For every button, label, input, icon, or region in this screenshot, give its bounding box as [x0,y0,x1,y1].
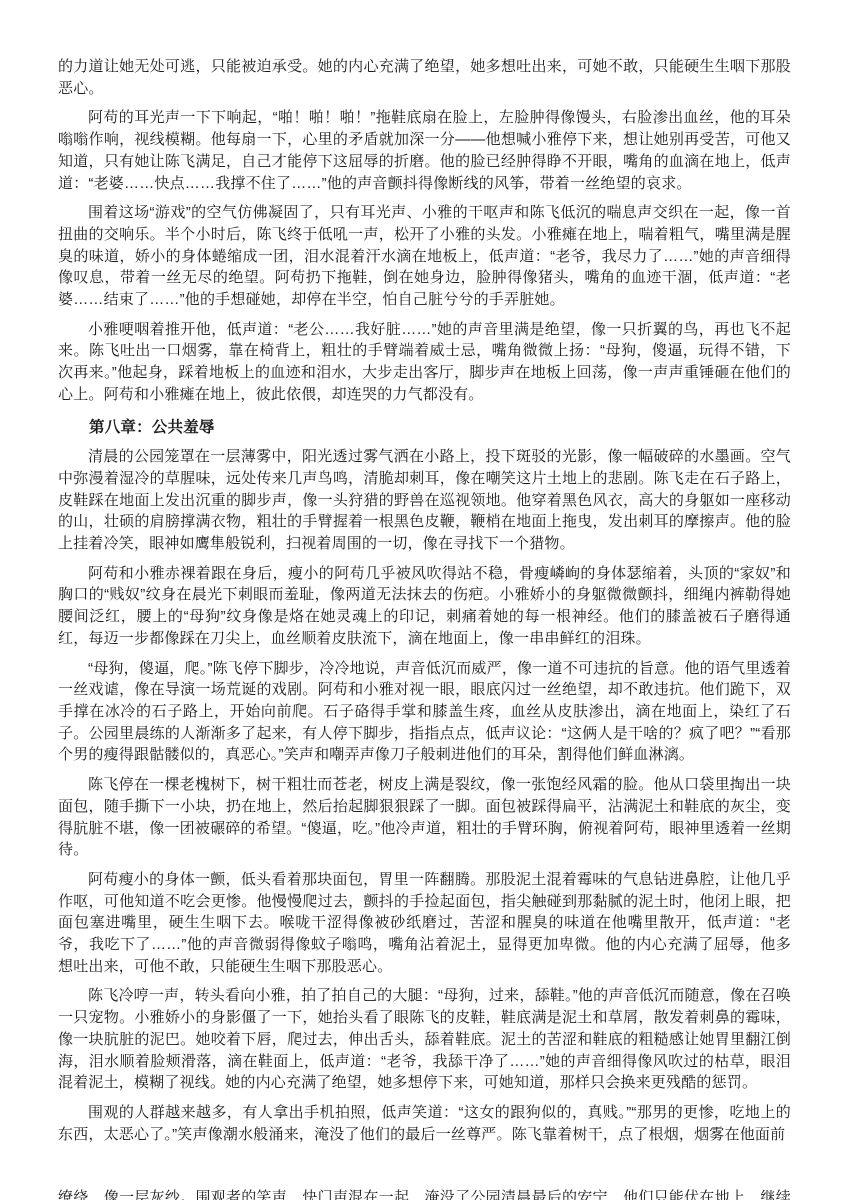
document-body: 的力道让她无处可逃，只能被迫承受。她的内心充满了绝望，她多想吐出来，可她不敢，只… [58,56,791,1153]
paragraph: 围观的人群越来越多，有人拿出手机拍照，低声笑道：“这女的跟狗似的，真贱。”“那男… [58,1102,791,1145]
partial-bottom-line: 缭绕，像一层灰纱。围观者的笑声、快门声混在一起，淹没了公园清晨最后的安宁，他们只… [58,1187,791,1200]
paragraph: 小雅哽咽着推开他，低声道：“老公……我好脏……”她的声音里满是绝望，像一只折翼的… [58,319,791,406]
paragraph: 围着这场“游戏”的空气仿佛凝固了，只有耳光声、小雅的干呕声和陈飞低沉的喘息声交织… [58,202,791,311]
paragraph: “母狗，傻逼，爬。”陈飞停下脚步，冷冷地说，声音低沉而威严，像一道不可违抗的旨意… [58,658,791,767]
paragraph: 清晨的公园笼罩在一层薄雾中，阳光透过雾气洒在小路上，投下斑驳的光影，像一幅破碎的… [58,446,791,555]
document-page: 的力道让她无处可逃，只能被迫承受。她的内心充满了绝望，她多想吐出来，可她不敢，只… [0,0,848,1200]
paragraph-continuation: 的力道让她无处可逃，只能被迫承受。她的内心充满了绝望，她多想吐出来，可她不敢，只… [58,56,791,99]
paragraph: 陈飞冷哼一声，转头看向小雅，拍了拍自己的大腿：“母狗，过来，舔鞋。”他的声音低沉… [58,985,791,1094]
chapter-heading: 第八章：公共羞辱 [58,417,791,439]
paragraph: 陈飞停在一棵老槐树下，树干粗壮而苍老，树皮上满是裂纹，像一张饱经风霜的脸。他从口… [58,774,791,861]
paragraph: 阿苟和小雅赤裸着跟在身后，瘦小的阿苟几乎被风吹得站不稳，骨瘦嶙峋的身体瑟缩着，头… [58,563,791,650]
paragraph: 阿苟瘦小的身体一颤，低头看着那块面包，胃里一阵翻腾。那股泥土混着霉味的气息钻进鼻… [58,869,791,978]
paragraph: 阿苟的耳光声一下下响起，“啪！啪！啪！”拖鞋底扇在脸上，左脸肿得像馒头，右脸渗出… [58,107,791,194]
